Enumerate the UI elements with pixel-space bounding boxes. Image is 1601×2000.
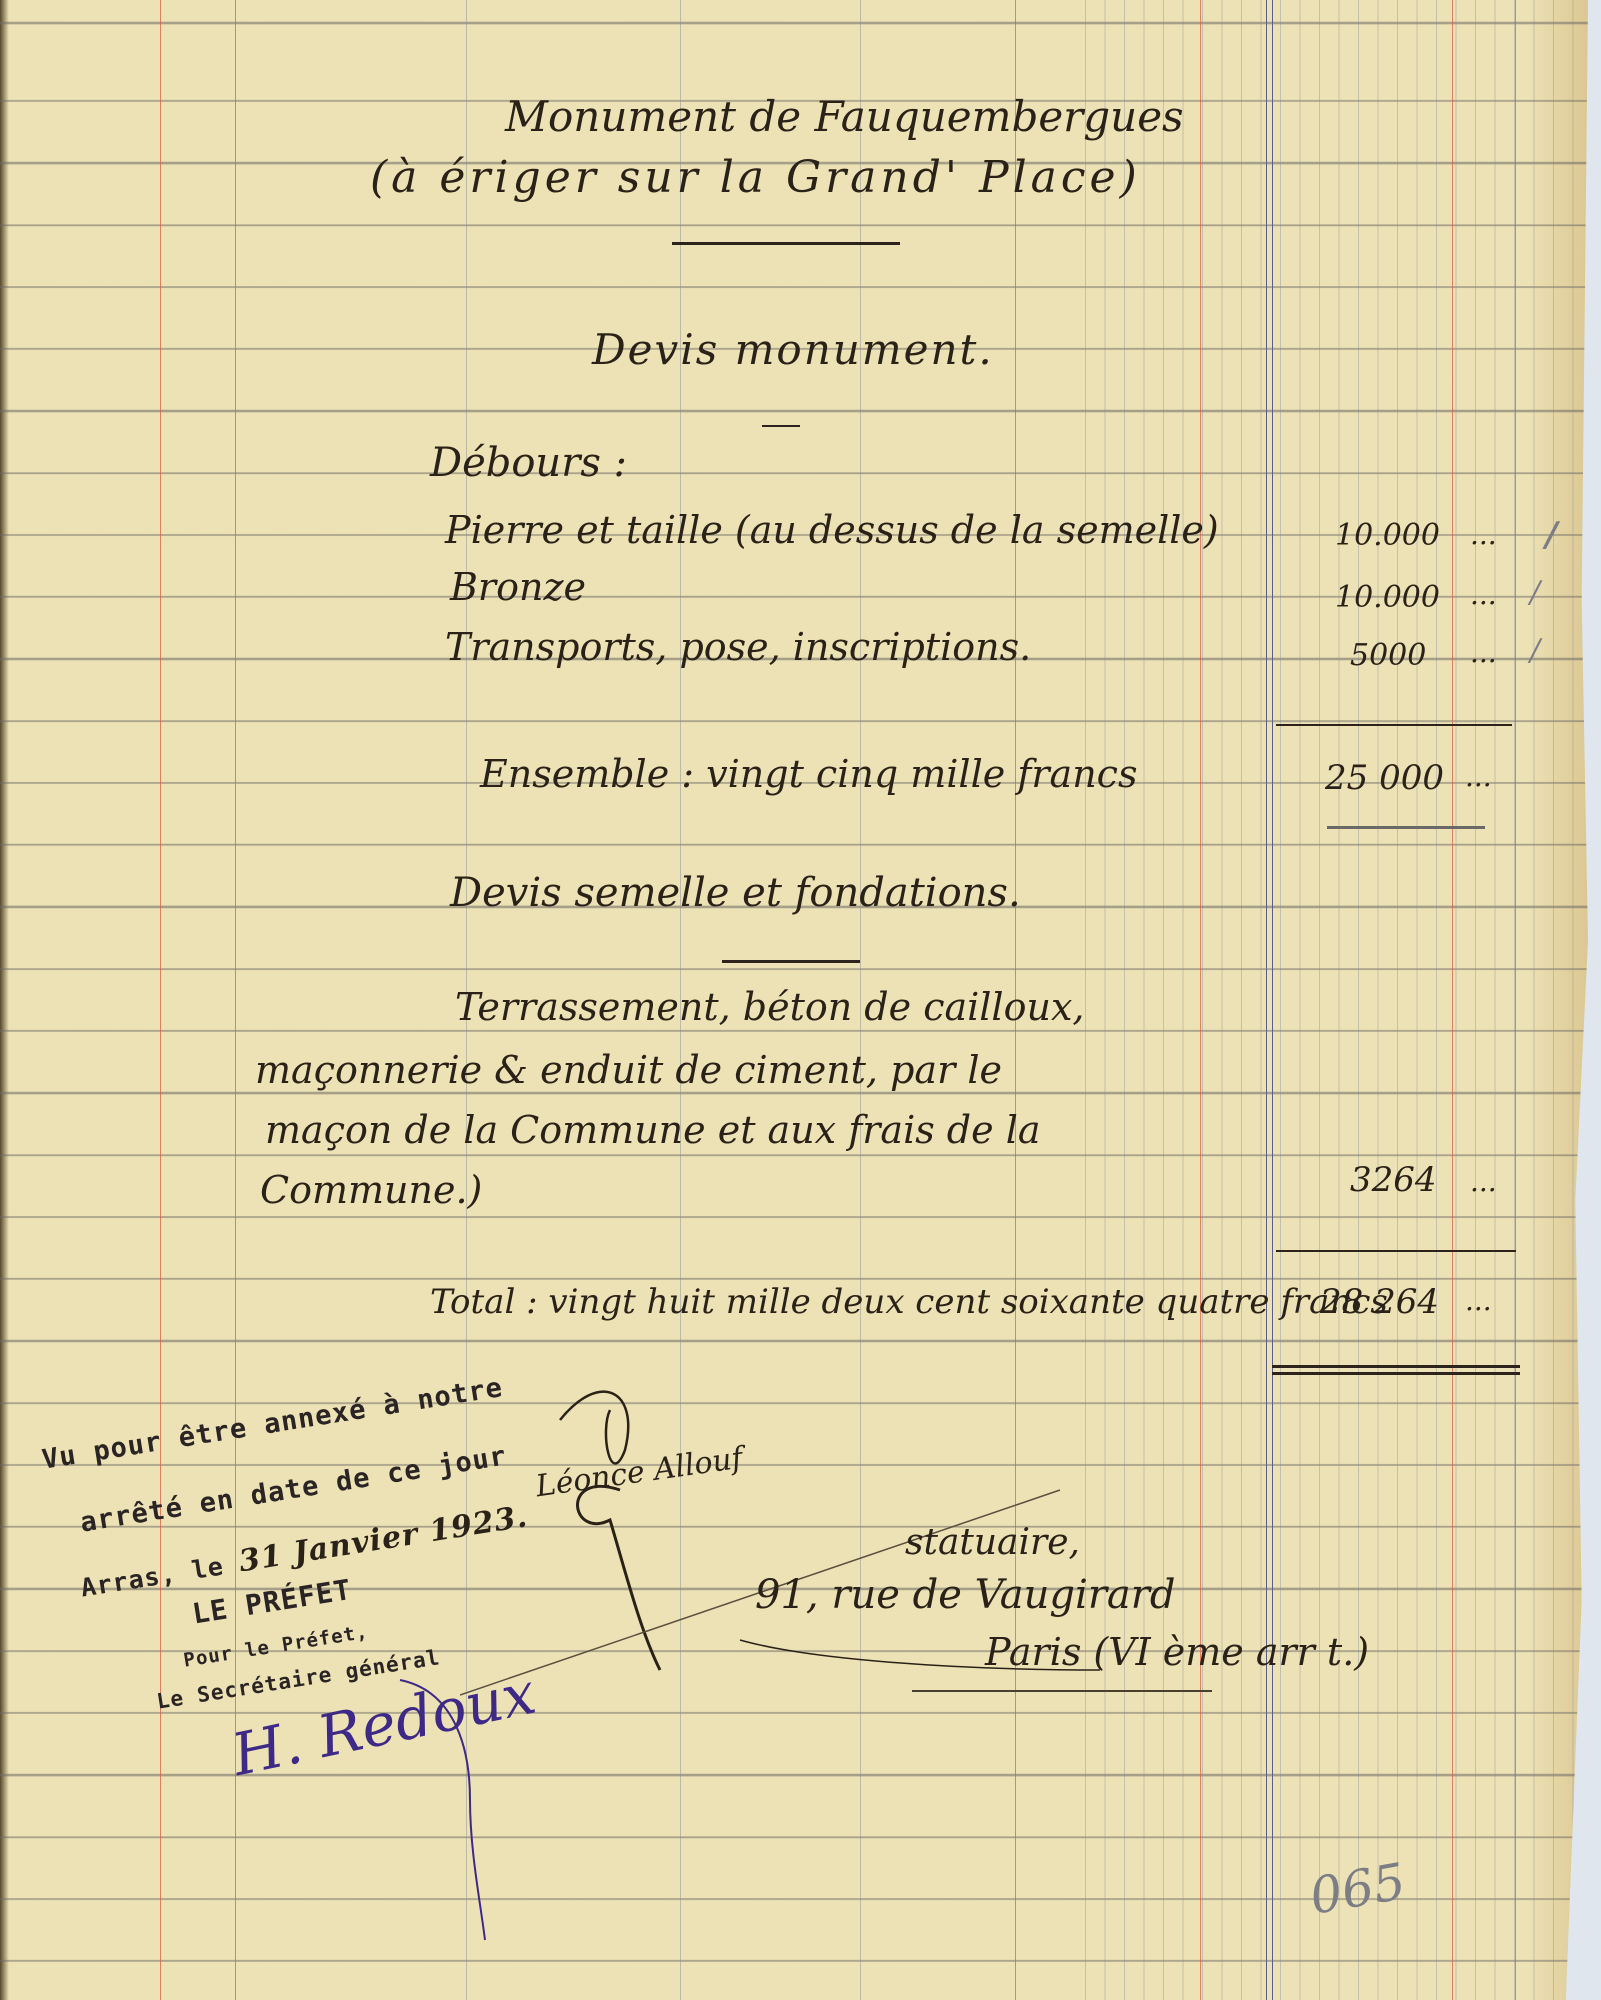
foundation-line: maçonnerie & enduit de ciment, par le <box>255 1048 1002 1092</box>
item-suffix: ... <box>1470 636 1497 669</box>
foundation-amount: 3264 <box>1350 1160 1437 1200</box>
artist-address: 91, rue de Vaugirard <box>755 1572 1176 1618</box>
debours-label: Débours : <box>430 440 627 486</box>
artist-title: statuaire, <box>905 1522 1080 1563</box>
red-rule <box>1200 0 1201 2000</box>
section-heading-foundations: Devis semelle et fondations. <box>450 870 1021 916</box>
item-amount: 10.000 <box>1335 580 1440 615</box>
artist-city: Paris (VI ème arr t.) <box>985 1630 1369 1674</box>
subtotal-rule <box>1276 724 1512 726</box>
check-mark: / <box>1545 515 1557 555</box>
red-rule <box>1452 0 1453 2000</box>
vertical-grid <box>1085 0 1585 2000</box>
item-suffix: ... <box>1470 578 1497 611</box>
foundation-line: Commune.) <box>260 1168 482 1212</box>
item-label: Bronze <box>450 565 586 609</box>
check-mark: / <box>1530 575 1540 610</box>
item-amount: 10.000 <box>1335 518 1440 553</box>
section-dash <box>722 960 860 963</box>
check-mark: / <box>1530 633 1540 668</box>
title-underline <box>672 242 900 245</box>
item-label: Pierre et taille (au dessus de la semell… <box>445 508 1219 552</box>
subtotal-suffix: ... <box>1465 760 1492 793</box>
foundation-line: maçon de la Commune et aux frais de la <box>265 1108 1041 1152</box>
document-title: Monument de Fauquembergues <box>505 92 1184 141</box>
item-suffix: ... <box>1470 518 1497 551</box>
total-amount: 28 264 <box>1320 1282 1439 1322</box>
item-label: Transports, pose, inscriptions. <box>445 625 1031 669</box>
red-rule <box>1515 0 1516 2000</box>
total-double-rule-top <box>1272 1365 1520 1368</box>
address-underline <box>912 1690 1212 1692</box>
total-rule <box>1276 1250 1516 1252</box>
item-amount: 5000 <box>1350 638 1426 673</box>
document-subtitle: (à ériger sur la Grand' Place) <box>370 152 1141 203</box>
subtotal-underline <box>1327 826 1485 829</box>
amount-column-divider <box>1266 0 1273 2000</box>
foundation-suffix: ... <box>1470 1165 1497 1198</box>
subtotal-label: Ensemble : vingt cinq mille francs <box>480 752 1137 796</box>
section-dash <box>762 425 800 427</box>
subtotal-amount: 25 000 <box>1325 758 1444 798</box>
foundation-line: Terrassement, béton de cailloux, <box>455 985 1084 1029</box>
total-label: Total : vingt huit mille deux cent soixa… <box>430 1282 1388 1322</box>
total-double-rule-bottom <box>1272 1372 1520 1375</box>
section-heading-monument: Devis monument. <box>592 325 994 374</box>
total-suffix: ... <box>1465 1284 1492 1317</box>
